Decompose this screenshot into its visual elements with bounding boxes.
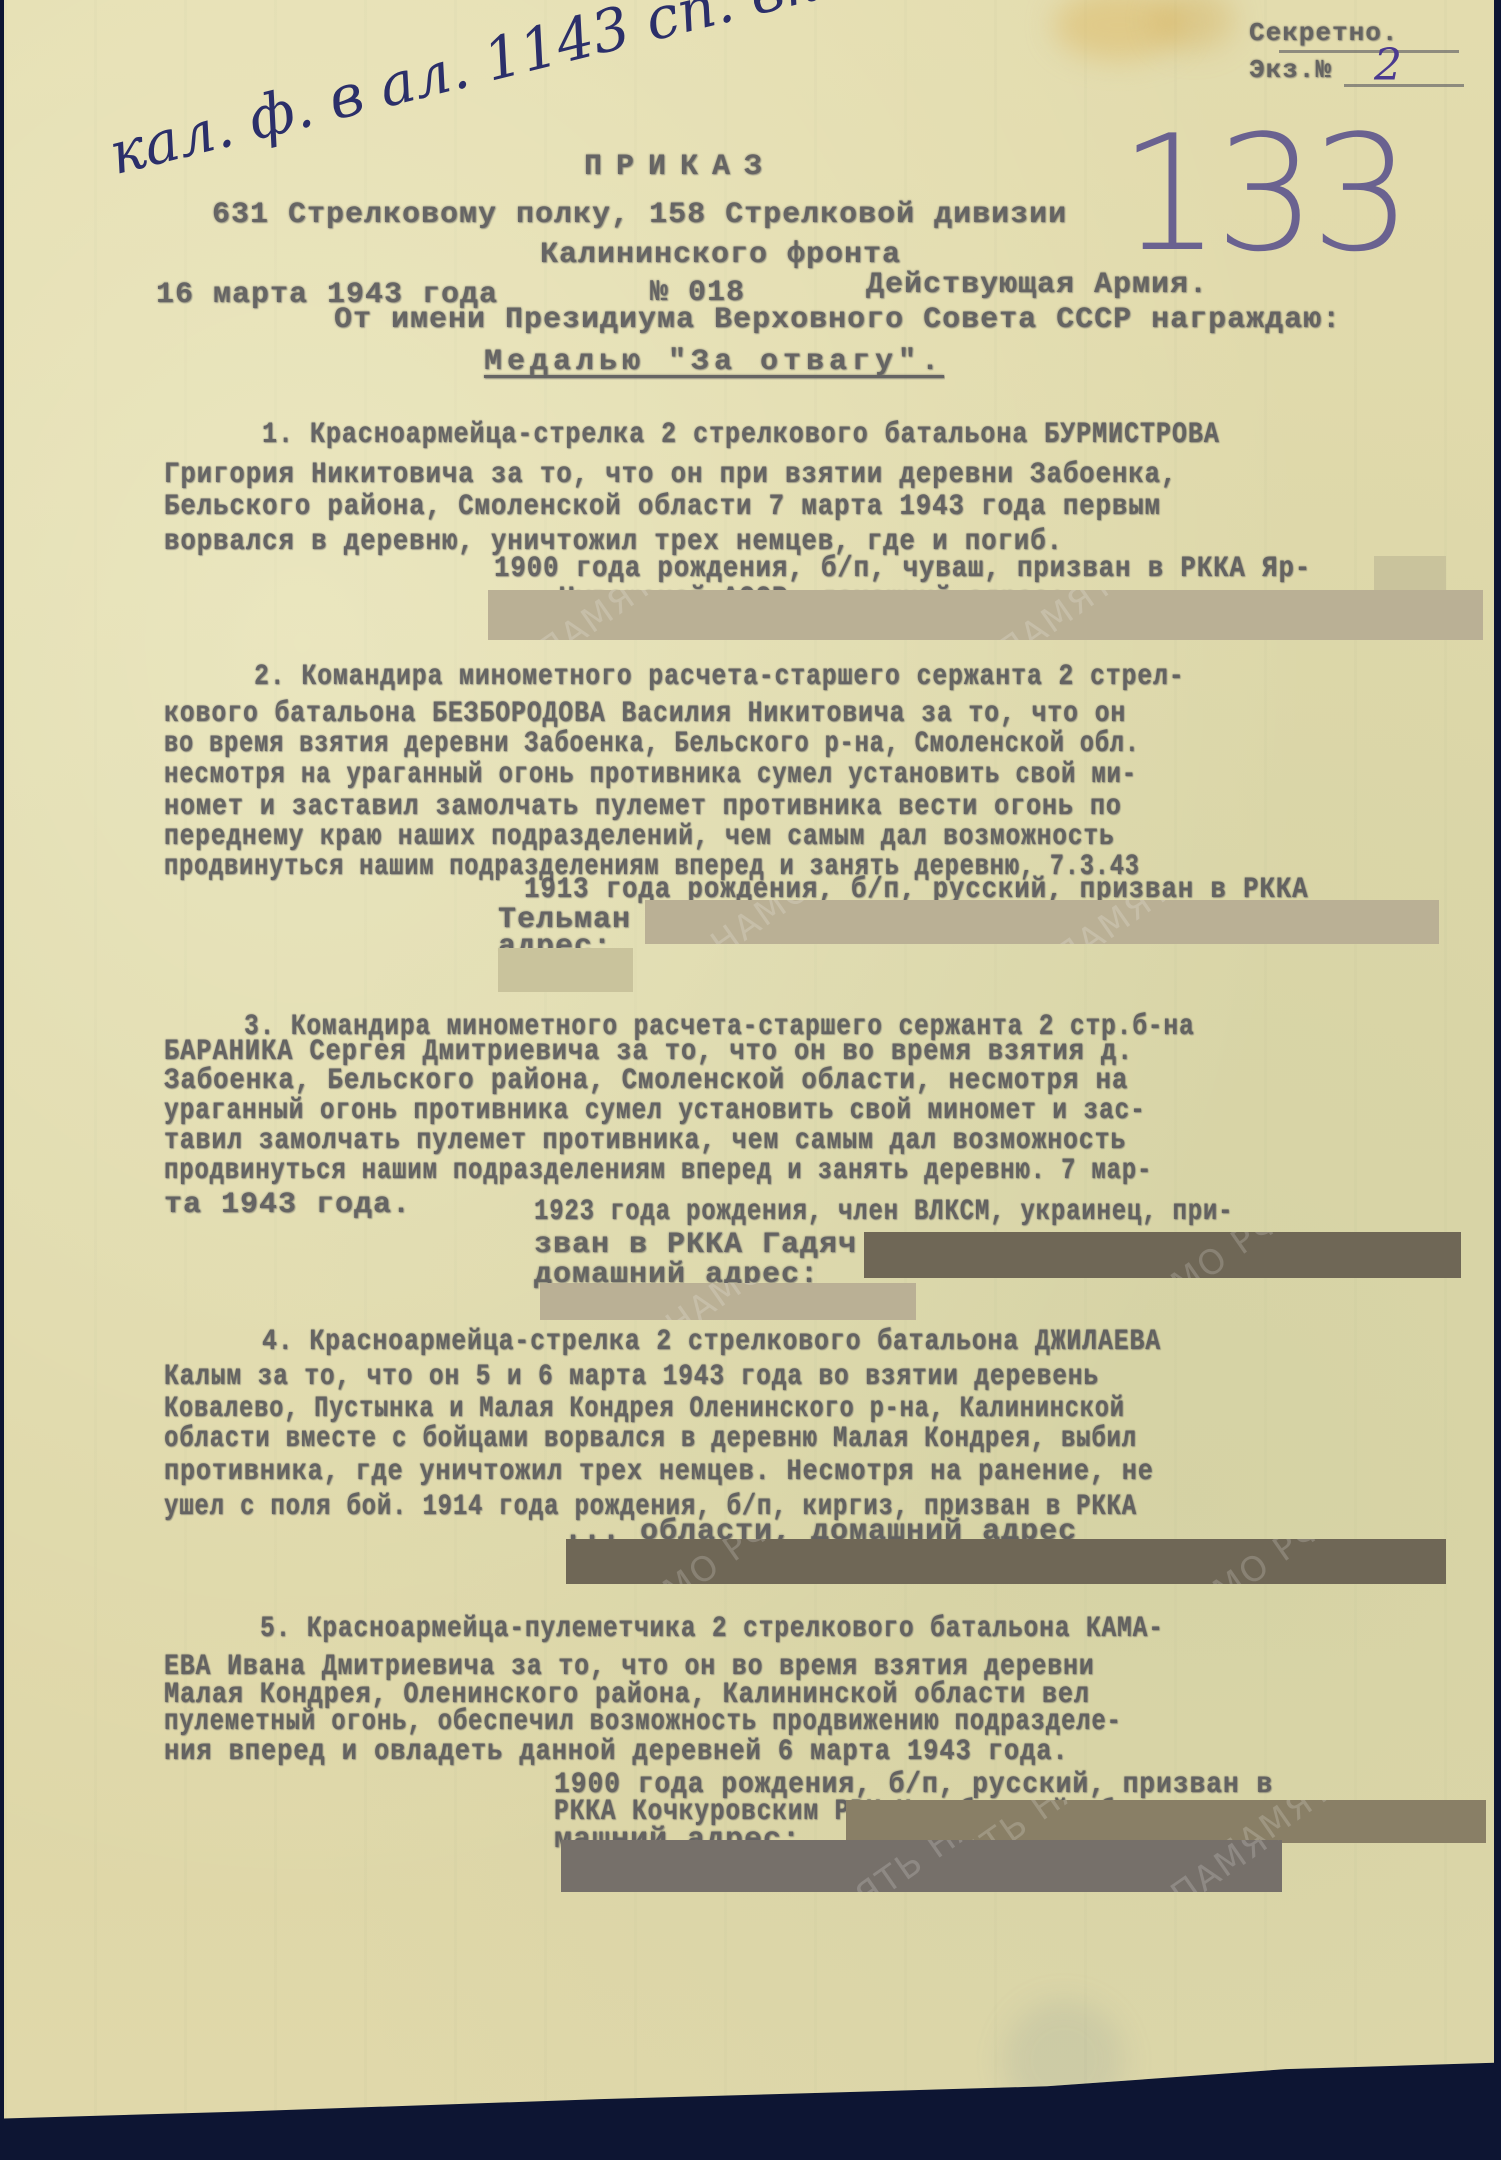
entry-line: Бельского района, Смоленской области 7 м… [164,490,1161,524]
entry-bio-line: 1900 года рождения, б/п, чуваш, призван … [494,552,1311,586]
header-location: Действующая Армия. [866,268,1208,302]
redaction-box: НАМОПАМЯТЬ [645,900,1439,944]
header-preamble: От имени Президиума Верховного Совета СС… [334,303,1341,337]
entry-line: та 1943 года. [164,1188,411,1222]
entry-line: 5. Красноармейца-пулеметчика 2 стрелково… [260,1612,1164,1646]
entry-line: Ковалево, Пустынка и Малая Кондрея Олени… [164,1392,1125,1426]
divider [1344,84,1464,87]
entry-line: ния вперед и овладеть данной деревней 6 … [164,1735,1069,1769]
document-title: ПРИКАЗ [584,150,776,184]
entry-bio-line: зван в РККА Гадяч [534,1228,857,1262]
entry-line: номет и заставил замолчать пулемет проти… [164,790,1122,824]
copy-number-label: Экз.№ [1249,55,1332,85]
entry-line: 2. Командира минометного расчета-старшег… [254,660,1185,694]
entry-line: Калым за то, что он 5 и 6 марта 1943 год… [164,1360,1099,1394]
paper-stain [1004,2000,1124,2120]
divider [1279,50,1459,53]
redaction-box: ПАМЯТЬ НАРОДА ПАМЯТЬ [561,1840,1282,1892]
redaction-box: ПАМЯТЬПАМЯТЬ [488,590,1483,640]
archive-number: 133 [1119,100,1406,287]
entry-line: несмотря на ураганный огонь противника с… [164,758,1137,792]
document-page: Секретно. Экз.№ 2 кал. ф. в ал. 1143 сп.… [4,0,1494,2142]
entry-line: пулеметный огонь, обеспечил возможность … [164,1705,1122,1739]
redaction-box [498,948,633,992]
entry-line: продвинуться нашим подразделениям вперед… [164,1154,1152,1188]
entry-line: 1. Красноармейца-стрелка 2 стрелкового б… [262,418,1220,452]
redaction-box: НАМО [540,1283,916,1320]
redaction-box: ПАМЯТЬ НАРОДА ПАМЯТЬ [846,1800,1486,1843]
entry-line: переднему краю наших подразделений, чем … [164,820,1115,854]
redaction-box: МО РФМО РФ [566,1539,1446,1584]
redaction-box: МО РФ [864,1232,1461,1278]
entry-line: противника, где уничтожил трех немцев. Н… [164,1455,1154,1489]
header-award: Медалью "За отвагу". [484,345,944,379]
entry-line: ураганный огонь противника сумел установ… [164,1094,1146,1128]
entry-line: кового батальона БЕЗБОРОДОВА Василия Ник… [164,697,1126,731]
entry-line: области вместе с бойцами ворвался в дере… [164,1422,1137,1456]
entry-line: во время взятия деревни Забоенка, Бельск… [164,727,1140,761]
entry-line: 4. Красноармейца-стрелка 2 стрелкового б… [262,1325,1161,1359]
entry-bio-line: 1923 года рождения, член ВЛКСМ, украинец… [534,1195,1233,1229]
header-front-line: Калининского фронта [540,238,901,272]
entry-line: Забоенка, Бельского района, Смоленской о… [164,1064,1128,1098]
entry-line: Григория Никитовича за то, что он при вз… [164,458,1177,492]
header-unit-line: 631 Стрелковому полку, 158 Стрелковой ди… [212,198,1067,232]
entry-line: тавил замолчать пулемет противника, чем … [164,1124,1126,1158]
